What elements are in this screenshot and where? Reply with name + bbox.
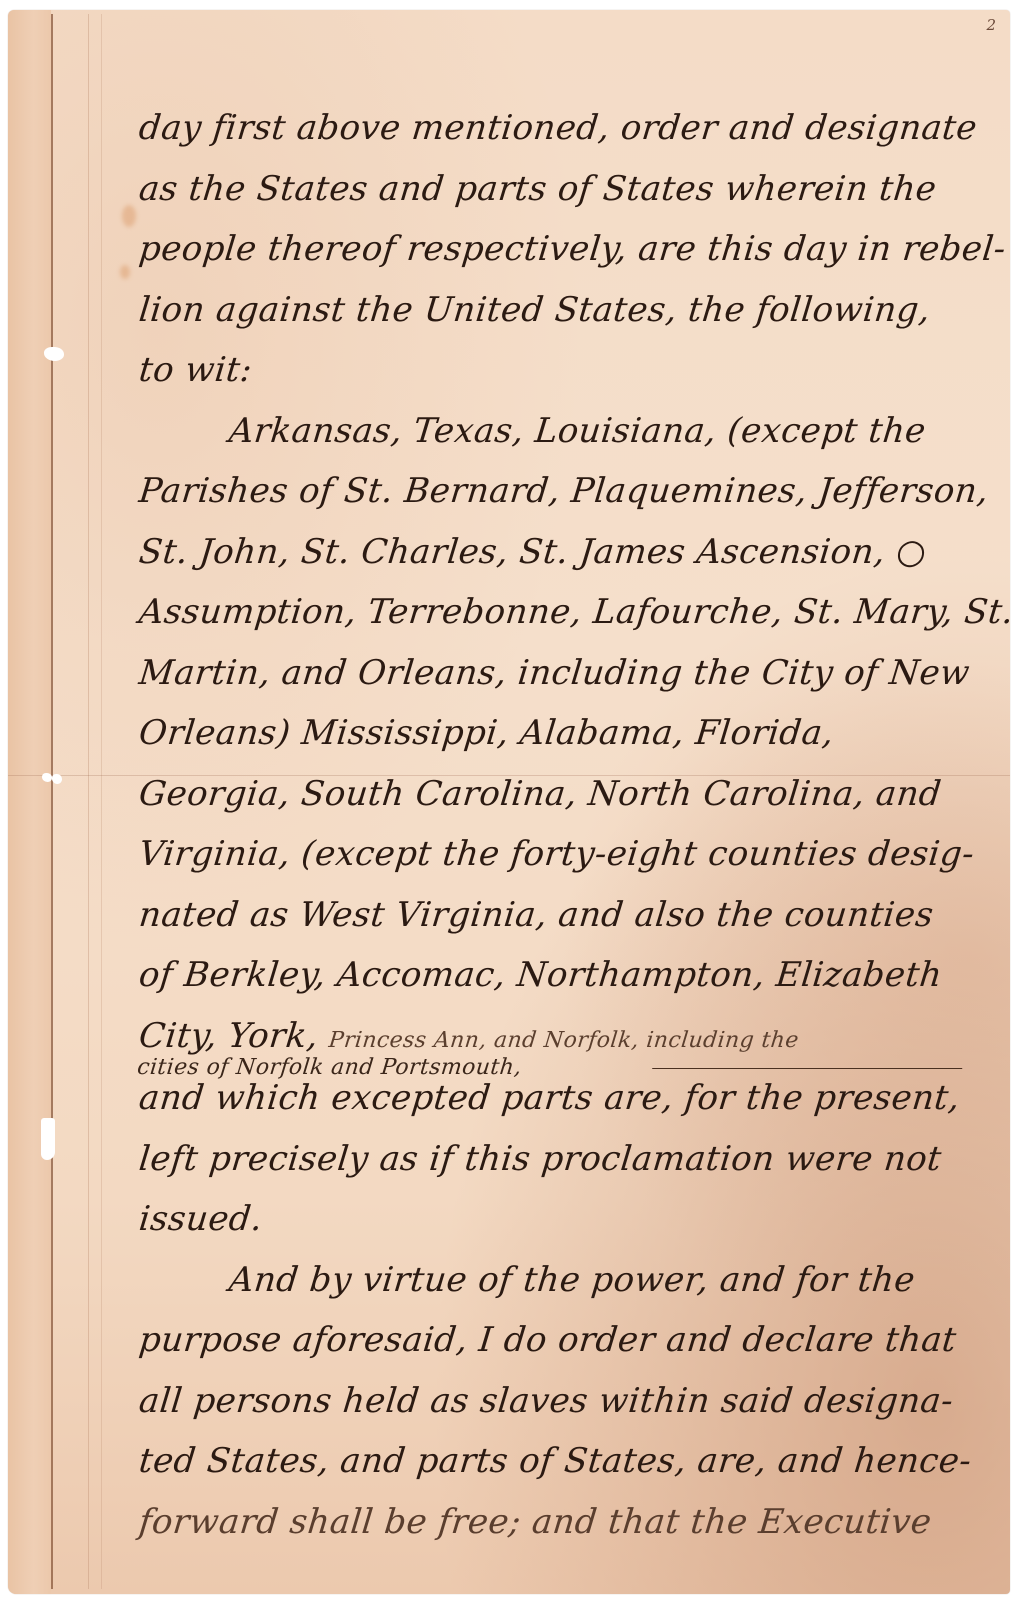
text-line: lion against the United States, the foll… <box>136 280 992 341</box>
handwritten-text: day first above mentioned, order and des… <box>136 98 986 1552</box>
text-line: and which excepted parts are, for the pr… <box>136 1068 992 1129</box>
inserted-text: Princess Ann, and Norfolk, including the <box>328 1028 801 1053</box>
text-line: And by virtue of the power, and for the <box>136 1250 992 1311</box>
paper-stain <box>122 205 136 227</box>
text-line: forward shall be free; and that the Exec… <box>136 1492 992 1553</box>
text-line: of Berkley, Accomac, Northampton, Elizab… <box>136 945 992 1006</box>
text-line: issued. <box>136 1189 992 1250</box>
text-line: people thereof respectively, are this da… <box>136 219 992 280</box>
binding-hole <box>41 1118 55 1160</box>
text-line: St. John, St. Charles, St. James Ascensi… <box>136 522 992 583</box>
text-line: ted States, and parts of States, are, an… <box>136 1431 992 1492</box>
text-segment: City, York, <box>137 1016 320 1056</box>
text-line: Orleans) Mississippi, Alabama, Florida, <box>136 703 992 764</box>
ruled-margin-line-2 <box>101 14 102 1589</box>
text-line: Georgia, South Carolina, North Carolina,… <box>136 764 992 825</box>
text-line: Parishes of St. Bernard, Plaquemines, Je… <box>136 461 992 522</box>
ruled-margin-line <box>88 14 89 1589</box>
text-line: Martin, and Orleans, including the City … <box>136 643 992 704</box>
binding-hole <box>42 773 52 782</box>
text-line: all persons held as slaves within said d… <box>136 1371 992 1432</box>
text-line: to wit: <box>136 340 992 401</box>
text-line: left precisely as if this proclamation w… <box>136 1129 992 1190</box>
binding-hole <box>44 347 64 361</box>
manuscript-page: 2 day first above mentioned, order and d… <box>8 10 1010 1594</box>
text-line: nated as West Virginia, and also the cou… <box>136 885 992 946</box>
text-line: Assumption, Terrebonne, Lafourche, St. M… <box>136 582 992 643</box>
text-line: as the States and parts of States wherei… <box>136 159 992 220</box>
binding-edge-line <box>51 14 53 1589</box>
binding-hole <box>52 774 62 784</box>
text-line: Virginia, (except the forty-eight counti… <box>136 824 992 885</box>
paper-stain <box>120 265 130 279</box>
binding-strip <box>8 10 51 1594</box>
page-number: 2 <box>986 16 996 34</box>
text-line: purpose aforesaid, I do order and declar… <box>136 1310 992 1371</box>
text-line: Arkansas, Texas, Louisiana, (except the <box>136 401 992 462</box>
text-line: day first above mentioned, order and des… <box>136 98 992 159</box>
